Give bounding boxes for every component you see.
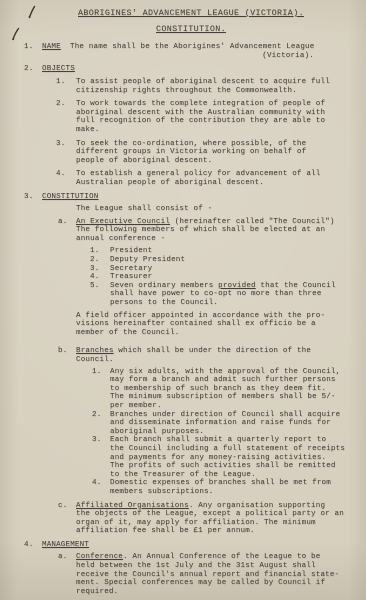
section-heading: CONSTITUTION: [42, 193, 98, 202]
field-officer-note: A field officer appointed in accordance …: [76, 312, 346, 338]
clause-title: Conference: [76, 553, 123, 561]
list-item: 4. To establish a general policy for adv…: [56, 170, 346, 187]
officers-list: 1. President 2. Deputy President 3. Secr…: [90, 247, 346, 307]
clause-lead: An Executive Council (hereinafter called…: [76, 218, 346, 244]
item-text: Each branch shall submit a quarterly rep…: [110, 436, 346, 479]
constitution-intro: The League shall consist of -: [76, 205, 346, 214]
section-number: 2.: [24, 65, 42, 74]
document-subtitle: CONSTITUTION.: [36, 26, 346, 35]
item-number: 1.: [90, 247, 110, 256]
pen-tick-icon: [11, 27, 21, 41]
item-number: 4.: [56, 170, 76, 187]
clause-lead: Conference. An Annual Conference of the …: [76, 553, 346, 596]
scanned-document-page: ABORIGINES' ADVANCEMENT LEAGUE (VICTORIA…: [0, 0, 366, 600]
item-text: Domestic expenses of branches shall be m…: [110, 479, 346, 496]
clause-letter: c.: [58, 502, 76, 511]
list-item: 2. To work towards the complete integrat…: [56, 100, 346, 134]
document-header: ABORIGINES' ADVANCEMENT LEAGUE (VICTORIA…: [24, 10, 346, 34]
list-item: 4. Domestic expenses of branches shall b…: [92, 479, 346, 496]
item-number: 1.: [56, 78, 76, 95]
list-item: 3. Each branch shall submit a quarterly …: [92, 436, 346, 479]
item-text: To work towards the complete integration…: [76, 100, 346, 134]
item-text-underlined: provided: [218, 282, 256, 290]
list-item: 3. To seek the co-ordination, where poss…: [56, 140, 346, 166]
list-item: 2. Branches under direction of Council s…: [92, 411, 346, 437]
item-text: Secretary: [110, 265, 346, 274]
list-item: 1. To assist people of aboriginal descen…: [56, 78, 346, 95]
list-item: 1. Any six adults, with the approval of …: [92, 368, 346, 411]
list-item: 3. Secretary: [90, 265, 346, 274]
clause-title: An Executive Council: [76, 218, 170, 226]
clause-lead: Affiliated Organisations. Any organisati…: [76, 502, 346, 536]
name-text: The name shall be the Aborigines' Advanc…: [70, 43, 346, 52]
objects-list: 1. To assist people of aboriginal descen…: [56, 78, 346, 188]
item-number: 1.: [92, 368, 110, 411]
branch-rules-list: 1. Any six adults, with the approval of …: [92, 368, 346, 497]
item-text: Branches under direction of Council shal…: [110, 411, 346, 437]
clause-branches: b. Branches which shall be under the dir…: [58, 347, 346, 496]
item-number: 2.: [92, 411, 110, 437]
section-management: 4. MANAGEMENT a. Conference. An Annual C…: [24, 541, 346, 597]
clause-conference: a. Conference. An Annual Conference of t…: [58, 553, 346, 596]
item-text: To establish a general policy for advanc…: [76, 170, 346, 187]
section-number: 1.: [24, 43, 42, 52]
item-text: Seven ordinary members provided that the…: [110, 282, 346, 308]
section-number: 4.: [24, 541, 42, 550]
pen-tick-icon: [27, 5, 37, 19]
document-title: ABORIGINES' ADVANCEMENT LEAGUE (VICTORIA…: [36, 10, 346, 19]
section-name: 1. NAME The name shall be the Aborigines…: [24, 43, 346, 60]
item-number: 4.: [92, 479, 110, 496]
item-text: Any six adults, with the approval of the…: [110, 368, 346, 411]
list-item: 1. President: [90, 247, 346, 256]
clause-letter: a.: [58, 218, 76, 227]
clause-affiliated-organisations: c. Affiliated Organisations. Any organis…: [58, 502, 346, 536]
section-number: 3.: [24, 193, 42, 202]
clause-letter: a.: [58, 553, 76, 562]
item-text-before: Seven ordinary members: [110, 282, 218, 290]
list-item: 5. Seven ordinary members provided that …: [90, 282, 346, 308]
clause-lead: Branches which shall be under the direct…: [76, 347, 346, 364]
item-text: To seek the co-ordination, where possibl…: [76, 140, 346, 166]
item-number: 2.: [90, 256, 110, 265]
item-number: 3.: [92, 436, 110, 479]
list-item: 2. Deputy President: [90, 256, 346, 265]
item-number: 3.: [90, 265, 110, 274]
item-number: 4.: [90, 273, 110, 282]
section-heading: NAME: [42, 43, 61, 51]
item-text: Deputy President: [110, 256, 346, 265]
section-heading: MANAGEMENT: [42, 541, 89, 550]
section-objects: 2. OBJECTS 1. To assist people of aborig…: [24, 65, 346, 187]
clause-letter: b.: [58, 347, 76, 356]
item-text: President: [110, 247, 346, 256]
section-constitution: 3. CONSTITUTION The League shall consist…: [24, 193, 346, 536]
list-item: 4. Treasurer: [90, 273, 346, 282]
clause-title: Branches: [76, 347, 114, 355]
item-number: 3.: [56, 140, 76, 166]
clause-title: Affiliated Organisations: [76, 502, 189, 510]
item-text: Treasurer: [110, 273, 346, 282]
item-text: To assist people of aboriginal descent t…: [76, 78, 346, 95]
clause-executive-council: a. An Executive Council (hereinafter cal…: [58, 218, 346, 343]
document-subtitle-text: CONSTITUTION.: [156, 25, 226, 34]
document-title-text: ABORIGINES' ADVANCEMENT LEAGUE (VICTORIA…: [78, 9, 304, 18]
item-number: 5.: [90, 282, 110, 308]
name-text-continued: (Victoria).: [70, 52, 346, 61]
item-number: 2.: [56, 100, 76, 134]
section-heading: OBJECTS: [42, 65, 75, 74]
